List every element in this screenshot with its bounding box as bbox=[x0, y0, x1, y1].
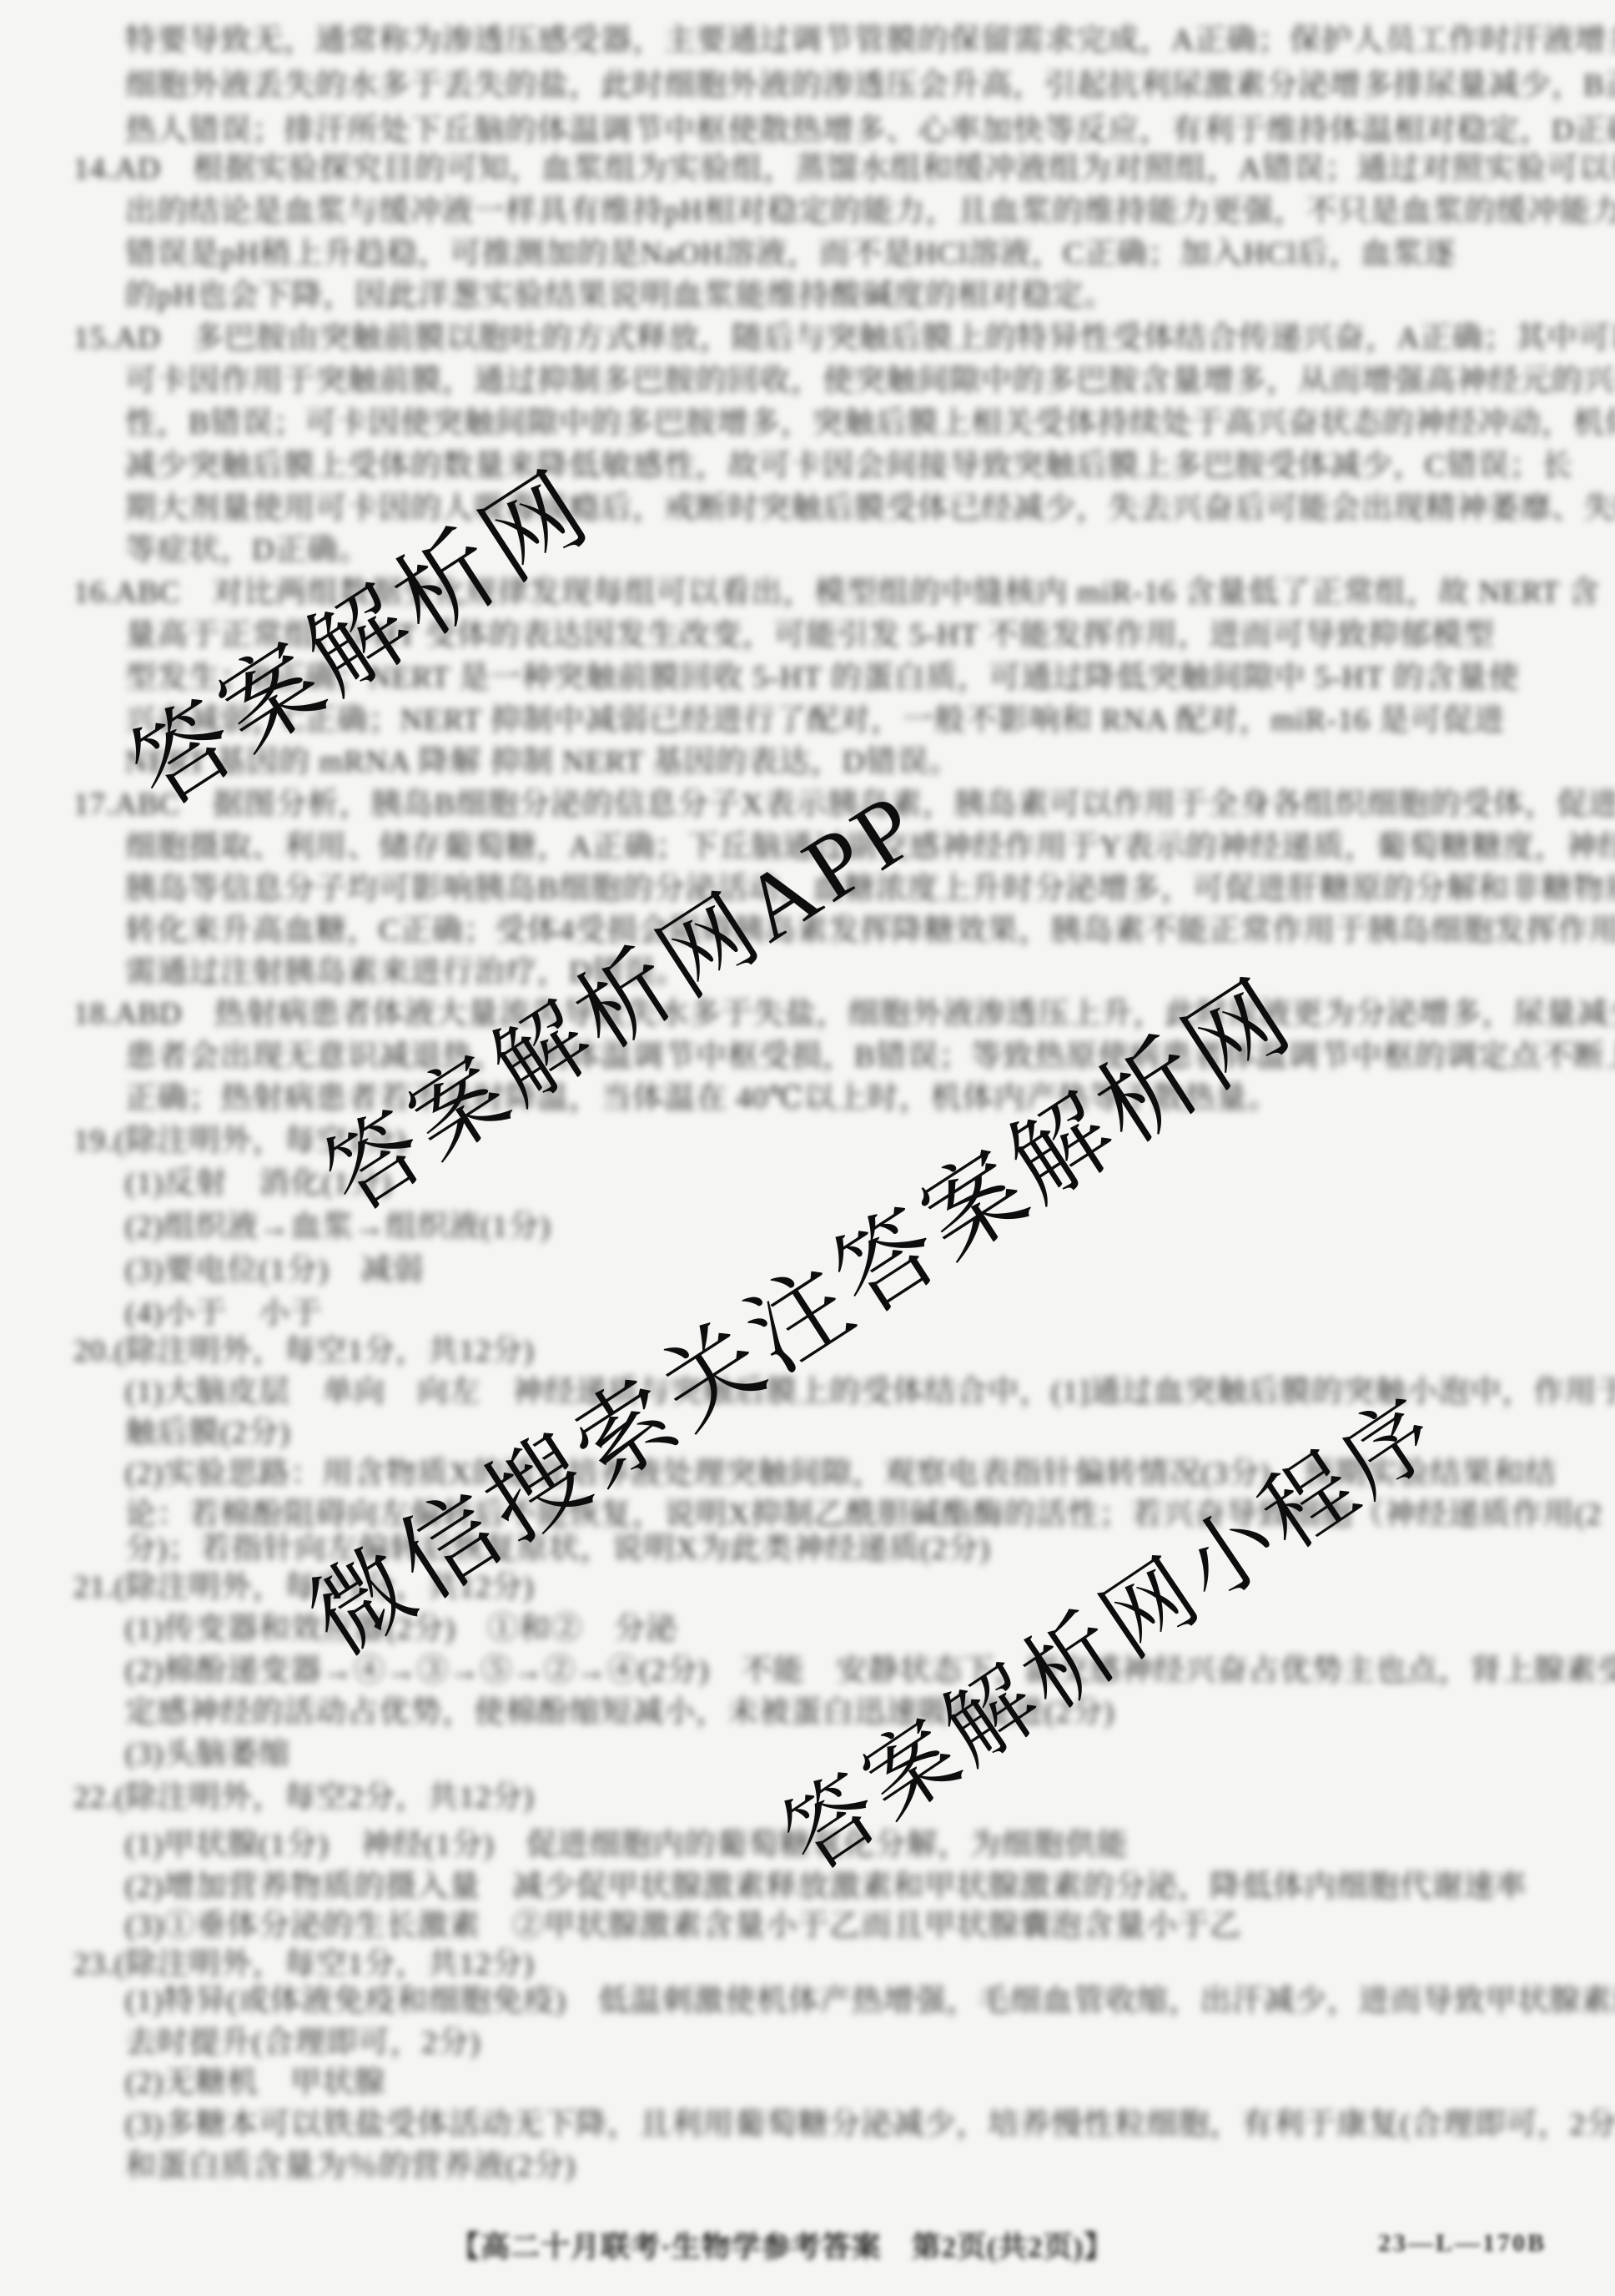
document-page: 特要导致无，通常称为渗透压感受器，主要通过调节管膜的保留需求完成，A正确；保护人… bbox=[0, 0, 1615, 2296]
footer-paper-code: 23—L—170B bbox=[1378, 2229, 1547, 2258]
page-footer: 【高二十月联考·生物学参考答案 第2页(共2页)】 23—L—170B bbox=[0, 0, 1615, 2296]
footer-title: 【高二十月联考·生物学参考答案 第2页(共2页)】 bbox=[450, 2224, 1114, 2266]
